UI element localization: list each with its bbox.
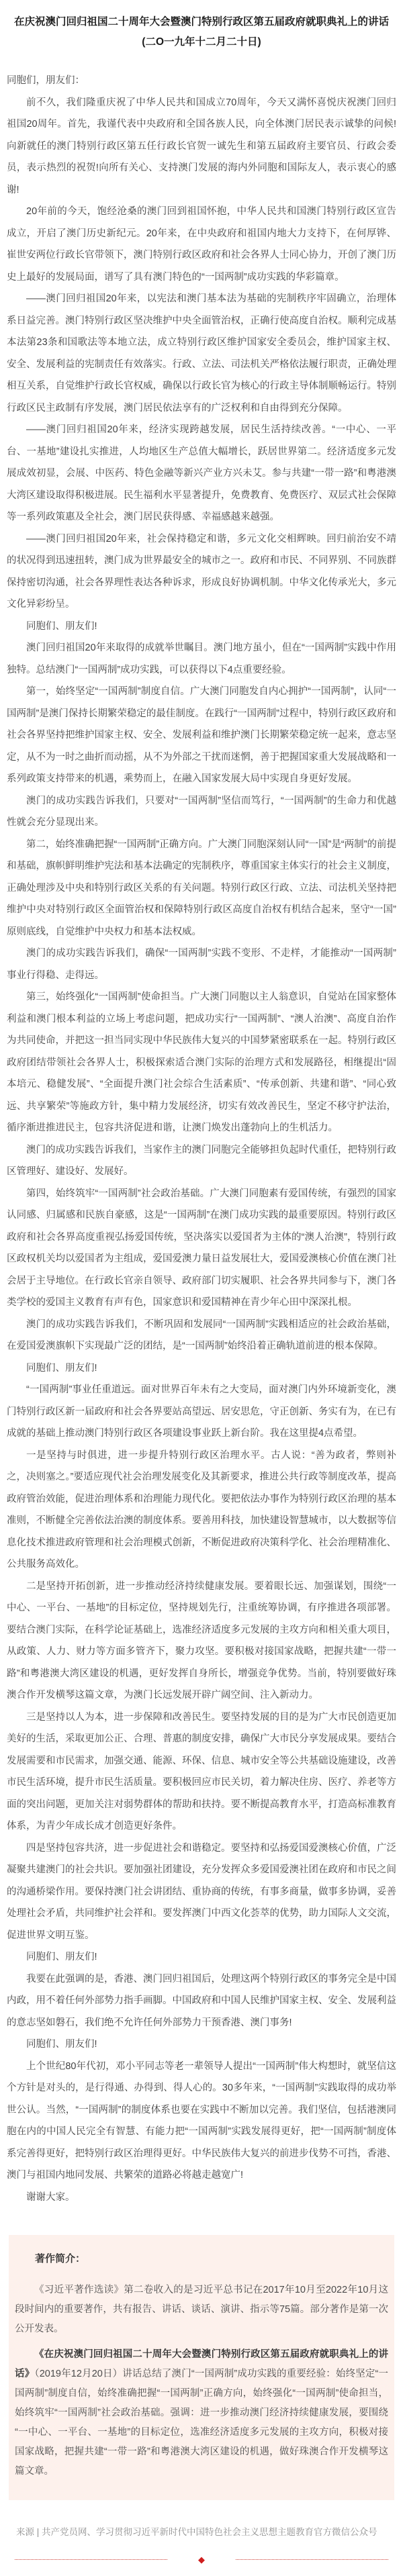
speech-paragraph: 二是坚持开拓创新，进一步推动经济持续健康发展。要着眼长远、加强谋划，围绕“一中心… xyxy=(7,1576,396,1707)
speech-paragraph: 同胞们、朋友们! xyxy=(7,1946,396,1968)
speech-paragraph: 前不久，我们隆重庆祝了中华人民共和国成立70周年，今天又满怀喜悦庆祝澳门回归祖国… xyxy=(7,92,396,201)
title-line1: 在庆祝澳门回归祖国二十周年大会暨澳门特别行政区第五届政府就职典礼上的讲话 xyxy=(7,12,396,32)
speech-paragraph: 同胞们、朋友们! xyxy=(7,1357,396,1380)
speech-paragraph: ——澳门回归祖国20年来，社会保持稳定和谐，多元文化交相辉映。回归前治安不靖的状… xyxy=(7,528,396,616)
intro-box-paragraph: 《在庆祝澳门回归祖国二十周年大会暨澳门特别行政区第五届政府就职典礼上的讲话》（2… xyxy=(15,2345,388,2481)
speech-paragraph: 第四，始终筑牢“一国两制”社会政治基础。广大澳门同胞素有爱国传统，有强烈的国家认… xyxy=(7,1183,396,1314)
speech-paragraph: ——澳门回归祖国20年来，以宪法和澳门基本法为基础的宪制秩序牢固确立，治理体系日… xyxy=(7,288,396,419)
bottom-divider: ◆ xyxy=(15,2555,388,2564)
book-summary: （2019年12月20日）讲话总结了澳门“一国两制”成功实践的重要经验：始终坚定… xyxy=(15,2369,388,2477)
speech-paragraph: 20年前的今天，饱经沧桑的澳门回到祖国怀抱，中华人民共和国澳门特别行政区宣告成立… xyxy=(7,201,396,288)
speech-paragraph: 我要在此强调的是，香港、澳门回归祖国后，处理这两个特别行政区的事务完全是中国内政… xyxy=(7,1968,396,2034)
divider-dotted-line-right xyxy=(236,2559,388,2560)
speech-paragraph: “一国两制”事业任重道远。面对世界百年未有之大变局，面对澳门内外环境新变化，澳门… xyxy=(7,1379,396,1445)
speech-paragraph: 第一，始终坚定“一国两制”制度自信。广大澳门同胞发自内心拥护“一国两制”，认同“… xyxy=(7,681,396,790)
speech-paragraph: 澳门的成功实践告诉我们，当家作主的澳门同胞完全能够担负起时代重任，把特别行政区管… xyxy=(7,1139,396,1183)
book-intro-box: 著作简介： 《习近平著作选读》第二卷收入的是习近平总书记在2017年10月至20… xyxy=(9,2235,394,2500)
speech-paragraph: 四是坚持包容共济，进一步促进社会和谐稳定。要坚持和弘扬爱国爱澳核心价值，广泛凝聚… xyxy=(7,1838,396,1947)
page-title: 在庆祝澳门回归祖国二十周年大会暨澳门特别行政区第五届政府就职典礼上的讲话 (二O… xyxy=(7,12,396,52)
speech-paragraph: 同胞们、朋友们! xyxy=(7,616,396,638)
source-line: 来源 | 共产党员网、学习贯彻习近平新时代中国特色社会主义思想主题教育官方微信公… xyxy=(7,2526,396,2539)
speech-paragraph: 上个世纪80年代初，邓小平同志等老一辈领导人提出“一国两制”伟大构想时，就坚信这… xyxy=(7,2056,396,2187)
diamond-icon: ◆ xyxy=(198,2555,205,2564)
speech-paragraph: 第二，始终准确把握“一国两制”正确方向。广大澳门同胞深刻认同“一国”是“两制”的… xyxy=(7,834,396,943)
speech-paragraph: ——澳门回归祖国20年来，经济实现跨越发展，居民生活持续改善。“一中心、一平台、… xyxy=(7,419,396,528)
article-page: 在庆祝澳门回归祖国二十周年大会暨澳门特别行政区第五届政府就职典礼上的讲话 (二O… xyxy=(0,0,403,2576)
intro-box-heading: 著作简介： xyxy=(15,2252,388,2266)
speech-paragraph: 三是坚持以人为本，进一步保障和改善民生。要坚持发展的目的是为广大市民创造更加美好… xyxy=(7,1707,396,1838)
title-date: (二O一九年十二月二十日) xyxy=(7,32,396,52)
speech-paragraph: 谢谢大家。 xyxy=(7,2187,396,2209)
speech-paragraph: 澳门的成功实践告诉我们，只要对“一国两制”坚信而笃行，“一国两制”的生命力和优越… xyxy=(7,790,396,834)
speech-paragraph: 澳门的成功实践告诉我们，不断巩固和发展同“一国两制”实践相适应的社会政治基础，在… xyxy=(7,1314,396,1357)
speech-paragraph: 第三，始终强化“一国两制”使命担当。广大澳门同胞以主人翁意识，自觉站在国家整体利… xyxy=(7,986,396,1139)
speech-paragraph: 同胞们、朋友们! xyxy=(7,2034,396,2056)
divider-dotted-line-left xyxy=(15,2559,167,2560)
speech-paragraph: 一是坚持与时俱进，进一步提升特别行政区治理水平。古人说：“善为政者，弊则补之，决… xyxy=(7,1445,396,1576)
speech-paragraph: 澳门回归祖国20年来取得的成就举世瞩目。澳门地方虽小，但在“一国两制”实践中作用… xyxy=(7,637,396,681)
speech-body: 同胞们，朋友们：前不久，我们隆重庆祝了中华人民共和国成立70周年，今天又满怀喜悦… xyxy=(7,70,396,2208)
speech-paragraph: 同胞们，朋友们： xyxy=(7,70,396,92)
speech-paragraph: 澳门的成功实践告诉我们，确保“一国两制”实践不变形、不走样，才能推动“一国两制”… xyxy=(7,943,396,986)
intro-box-paragraph: 《习近平著作选读》第二卷收入的是习近平总书记在2017年10月至2022年10月… xyxy=(15,2281,388,2339)
